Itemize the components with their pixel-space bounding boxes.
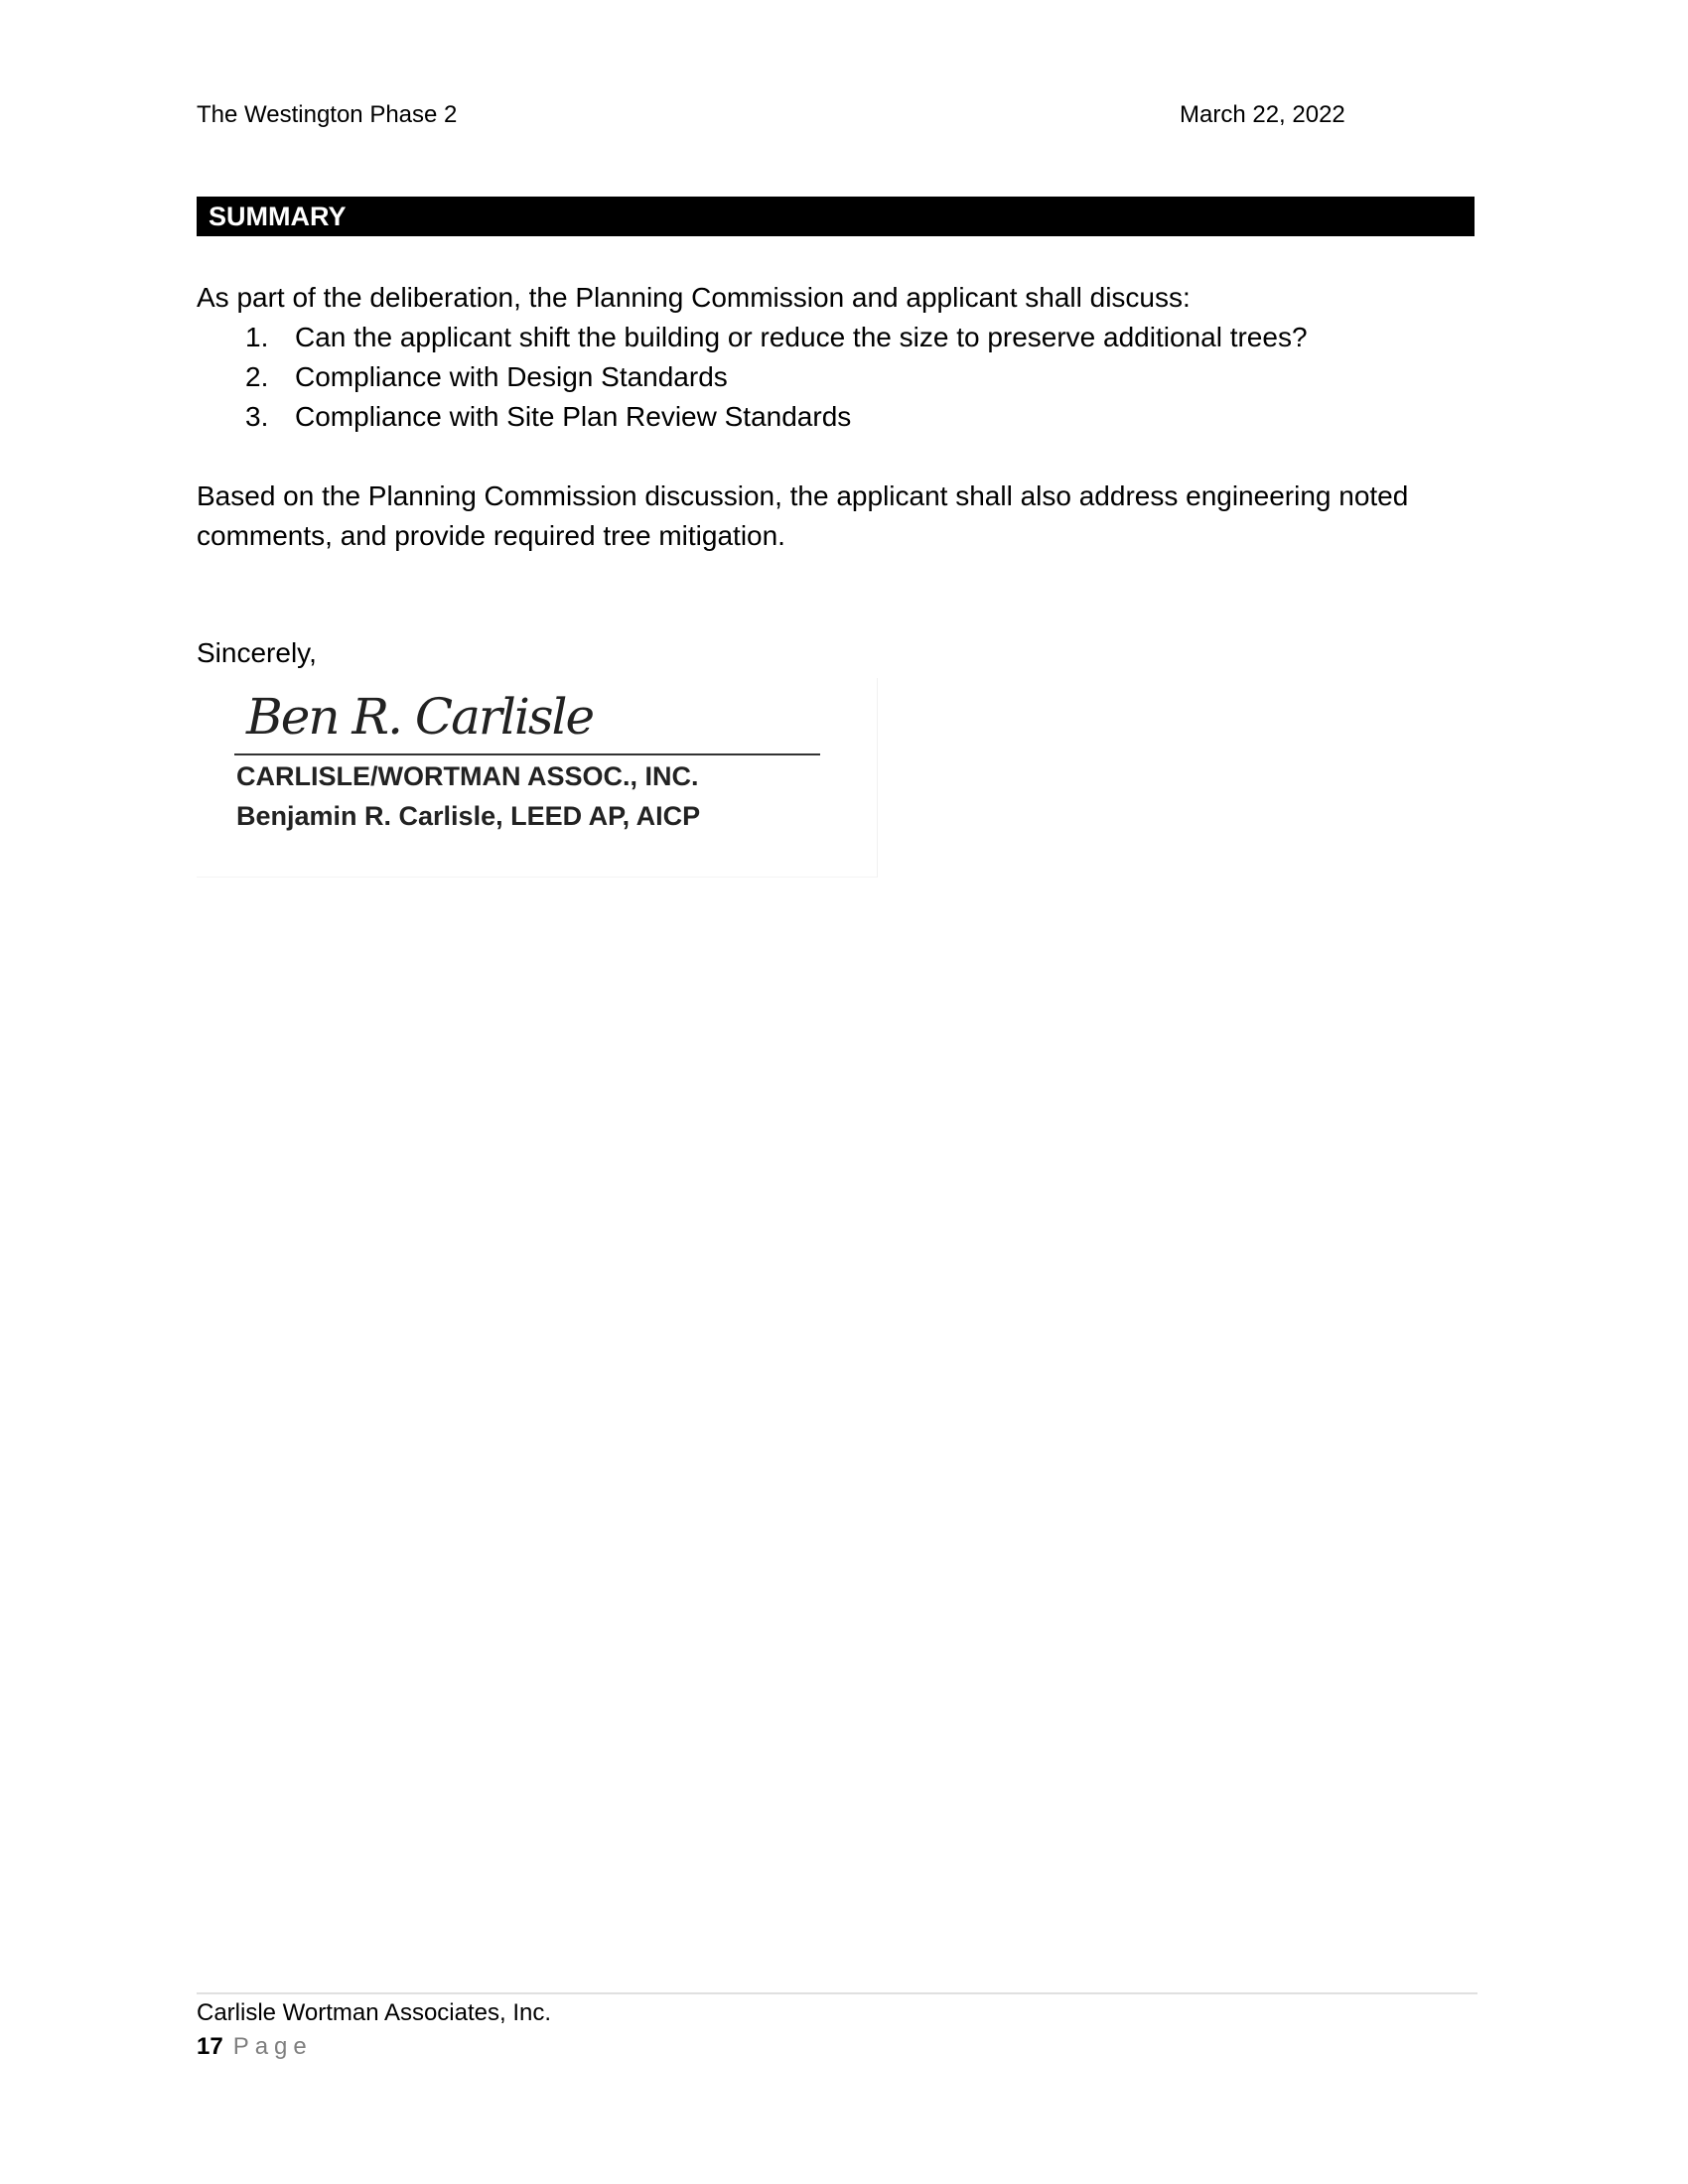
list-item-text: Can the applicant shift the building or …: [295, 318, 1308, 357]
footer-company: Carlisle Wortman Associates, Inc.: [197, 1999, 551, 2027]
list-item-number: 2.: [245, 357, 275, 397]
list-item-number: 1.: [245, 318, 275, 357]
handwritten-signature: Ben R. Carlisle: [246, 688, 593, 746]
header-date: March 22, 2022: [1180, 101, 1345, 129]
closing-salutation: Sincerely,: [197, 637, 317, 669]
header-project-title: The Westington Phase 2: [197, 101, 457, 129]
footer-divider: [197, 1992, 1477, 1994]
signature-block: Ben R. Carlisle CARLISLE/WORTMAN ASSOC.,…: [197, 678, 878, 878]
list-item-number: 3.: [245, 397, 275, 437]
intro-paragraph: As part of the deliberation, the Plannin…: [197, 278, 1487, 318]
page-number: 17: [197, 2033, 223, 2060]
signature-line: [234, 753, 820, 755]
footer-page-number: 17Page: [197, 2033, 313, 2061]
followup-paragraph: Based on the Planning Commission discuss…: [197, 477, 1487, 556]
section-title: SUMMARY: [209, 202, 347, 232]
page-label: Page: [233, 2033, 313, 2060]
list-item-text: Compliance with Site Plan Review Standar…: [295, 397, 851, 437]
list-item-text: Compliance with Design Standards: [295, 357, 728, 397]
signature-name: Benjamin R. Carlisle, LEED AP, AICP: [236, 801, 700, 832]
section-heading-bar: SUMMARY: [197, 197, 1475, 236]
signature-firm: CARLISLE/WORTMAN ASSOC., INC.: [236, 761, 699, 792]
